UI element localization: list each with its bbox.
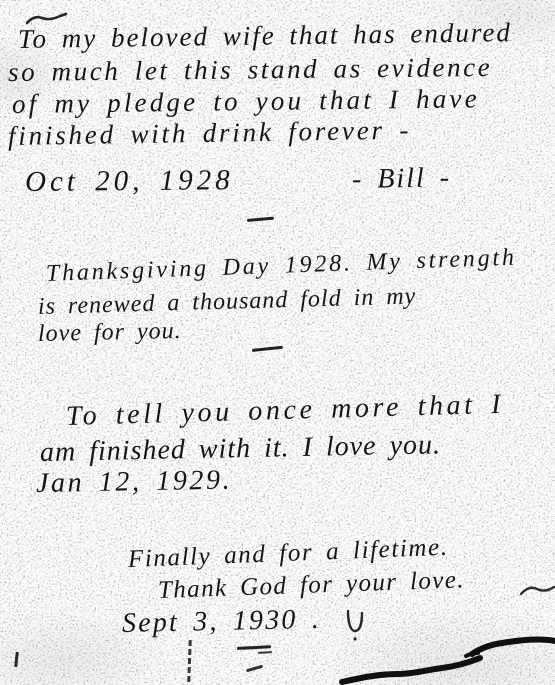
pledge-entry-3-line-2: am finished with it. I love you. xyxy=(40,429,442,469)
pledge-entry-4-line-2: Thank God for your love. xyxy=(158,566,466,605)
pledge-entry-1-line-2: so much let this stand as evidence xyxy=(8,52,493,88)
pledge-entry-1-line-4: finished with drink forever - xyxy=(8,115,412,152)
pledge-entry-4-date: Sept 3, 1930 . xyxy=(122,604,322,640)
pledge-entry-1-line-1: To my beloved wife that has endured xyxy=(18,17,512,55)
pledge-entry-1-signature: - Bill - xyxy=(352,162,452,196)
stray-vertical-dash xyxy=(187,640,191,682)
pledge-entry-3-date: Jan 12, 1929. xyxy=(36,465,233,500)
torn-paper-edge xyxy=(330,628,555,685)
stray-curl-icon xyxy=(346,610,366,642)
scanned-note-page: To my beloved wife that has endured so m… xyxy=(0,0,555,685)
pledge-entry-3-line-1: To tell you once more that I xyxy=(66,389,505,433)
underline-dash-small xyxy=(258,651,272,654)
pledge-entry-2-line-2: is renewed a thousand fold in my xyxy=(38,283,417,321)
stray-tick-bottom-left xyxy=(14,652,19,667)
separator-dash-1 xyxy=(247,217,274,222)
pledge-entry-2-line-1: Thanksgiving Day 1928. My strength xyxy=(46,245,518,288)
stray-squiggle-right-icon xyxy=(520,581,555,599)
pledge-entry-1-date: Oct 20, 1928 xyxy=(25,164,234,199)
separator-dash-2 xyxy=(252,346,283,352)
underline-dash xyxy=(237,645,271,650)
stray-mark-bottom-center xyxy=(246,665,263,673)
pledge-entry-2-line-3: love for you. xyxy=(38,318,182,348)
